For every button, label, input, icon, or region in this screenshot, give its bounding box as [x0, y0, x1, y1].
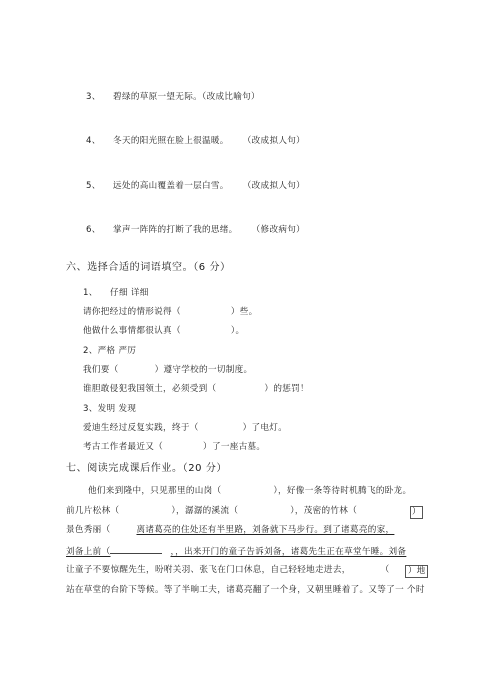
item-number: 3、 [86, 91, 110, 103]
closing-paren-box: ）地 [405, 565, 428, 578]
item-text: 掌声一阵阵的打断了我的思绪。 [113, 225, 238, 235]
fill-sentence: 他做什么事情都很认真（）。 [83, 325, 244, 337]
rewrite-item-6: 6、 掌声一阵阵的打断了我的思绪。 （修改病句） [86, 224, 305, 236]
fill-sentence: 我们要（）遵守学校的一切制度。 [83, 364, 252, 376]
item-text: 碧绿的草原一望无际。（改成比喻句） [113, 92, 260, 102]
section-7-title: 七、阅读完成课后作业。（20 分） [66, 463, 227, 475]
dots: ，， [170, 547, 184, 557]
passage-line-5: 让童子不要惊醒先生，吩咐关羽、张飞在门口休息，自己轻轻地走进去，（ [66, 564, 390, 576]
answer-blank[interactable] [110, 544, 162, 554]
fill-sentence: 爱迪生经过反复实践，终于（）了电灯。 [83, 422, 287, 434]
closing-paren-box: ） [410, 506, 423, 519]
passage-line-3: 景色秀丽（离诸葛亮的住处还有半里路，刘备就下马步行。到了诸葛亮的家， [66, 524, 394, 536]
item-hint: （改成拟人句） [243, 181, 305, 191]
underlined-passage: 离诸葛亮的住处还有半里路，刘备就下马步行。到了诸葛亮的家， [136, 525, 394, 535]
word-choices: 仔细 详细 [110, 288, 149, 298]
rewrite-item-5: 5、 远处的高山覆盖着一层白雪。 （改成拟人句） [86, 180, 305, 192]
group-number: 1、 [83, 287, 107, 299]
group-2-label: 2、严格 严厉 [83, 345, 136, 357]
item-number: 5、 [86, 180, 110, 192]
item-number: 6、 [86, 224, 110, 236]
passage-line-4: 刘备上前（，，出来开门的童子告诉刘备，诸葛先生正在草堂午睡。刘备 [66, 544, 406, 558]
item-text: 冬天的阳光照在脸上很温暖。 [113, 136, 229, 146]
item-hint: （改成拟人句） [243, 136, 305, 146]
rewrite-item-3: 3、 碧绿的草原一望无际。（改成比喻句） [86, 91, 260, 103]
passage-line-6: 站在草堂的台阶下等候。等了半晌工夫，诸葛亮翻了一个身，又朝里睡着了。又等了一 个… [66, 584, 425, 596]
fill-sentence: 考古工作者最近又（）了一座古墓。 [83, 441, 265, 453]
group-1-label: 1、 仔细 详细 [83, 287, 149, 299]
passage-line-2: 前几片松林（），潺潺的溪流（），茂密的竹林（ [66, 505, 357, 517]
fill-sentence: 请你把经过的情形说得（）些。 [83, 306, 258, 318]
section-6-title: 六、选择合适的词语填空。（6 分） [66, 262, 231, 274]
item-text: 远处的高山覆盖着一层白雪。 [113, 181, 229, 191]
rewrite-item-4: 4、 冬天的阳光照在脸上很温暖。 （改成拟人句） [86, 135, 305, 147]
passage-line-1: 他们来到隆中，只见那里的山岗（），好像一条等待时机腾飞的卧龙。 [88, 485, 411, 497]
item-hint: （修改病句） [252, 225, 305, 235]
fill-sentence: 谁胆敢侵犯我国领土，必须受到（）的惩罚！ [83, 383, 309, 395]
item-number: 4、 [86, 135, 110, 147]
group-3-label: 3、发明 发现 [83, 403, 136, 415]
